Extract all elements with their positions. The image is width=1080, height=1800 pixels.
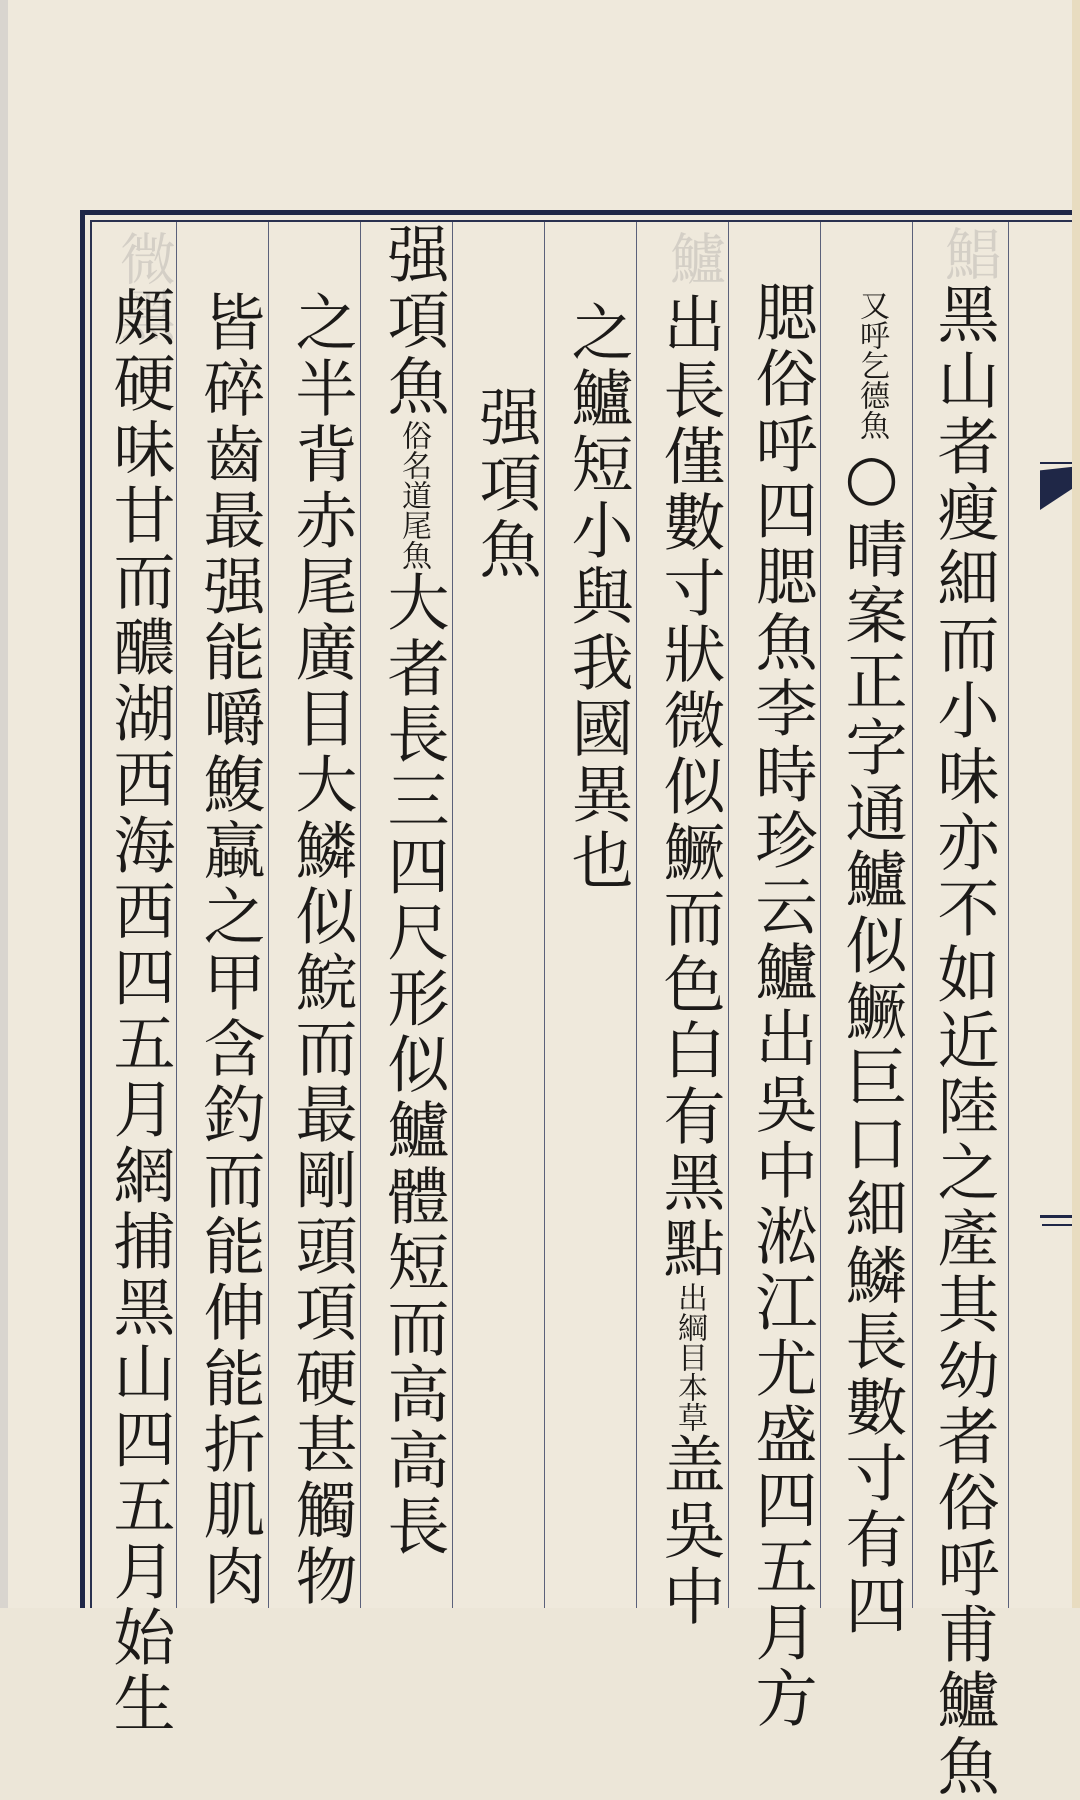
section-heading: 强項魚 xyxy=(469,385,542,583)
column-text-lead: 强項魚 xyxy=(377,222,450,420)
column-text: 腮俗呼四腮魚李時珍云鱸出吳中淞江尤盛四五月方 xyxy=(745,280,818,1608)
text-column-2: 又呼乞德魚○晴案正字通鱸似鱖巨口細鱗長數寸有四 xyxy=(826,290,916,1608)
interlinear-note: 又呼乞德魚 xyxy=(854,290,888,440)
bleed-through-text: 鱸 xyxy=(648,230,738,286)
column-text: 之半背赤尾廣目大鱗似鯇而最剛頭項硬甚觸物 xyxy=(285,290,358,1608)
interlinear-note: 俗名道尾魚 xyxy=(396,420,430,570)
column-text: ○晴案正字通鱸似鱖巨口細鱗長數寸有四 xyxy=(835,440,908,1608)
column-text: 之鱸短小與我國異也 xyxy=(561,300,634,894)
text-column-10: 皆碎齒最强能嚼鰒蠃之甲含釣而能伸能折肌肉 xyxy=(184,290,274,1608)
text-column-1: 黑山者瘦細而小味亦不如近陸之產其幼者俗呼甫鱸魚 xyxy=(918,282,1008,1608)
column-text-continued: 盖吳中 xyxy=(653,1432,726,1608)
bleed-through-text: 鯧 xyxy=(923,225,1013,281)
column-rule xyxy=(1008,222,1009,1608)
frame-inner-border-top xyxy=(92,220,1080,222)
interlinear-note: 出綱目本草 xyxy=(672,1282,706,1432)
column-text: 皆碎齒最强能嚼鰒蠃之甲含釣而能伸能折肌肉 xyxy=(193,290,266,1608)
column-text: 黑山者瘦細而小味亦不如近陸之產其幼者俗呼甫鱸魚 xyxy=(927,282,1000,1608)
text-column-5: 之鱸短小與我國異也 xyxy=(552,300,642,894)
column-text: 出長僅數寸狀微似鱖而色白有黑點 xyxy=(653,292,726,1282)
page-right-edge xyxy=(1072,0,1080,1608)
frame-inner-border-left xyxy=(90,220,92,1608)
text-column-3: 腮俗呼四腮魚李時珍云鱸出吳中淞江尤盛四五月方 xyxy=(736,280,826,1608)
text-column-9: 之半背赤尾廣目大鱗似鯇而最剛頭項硬甚觸物 xyxy=(276,290,366,1608)
text-column-4: 出長僅數寸狀微似鱖而色白有黑點出綱目本草盖吳中 xyxy=(644,292,734,1608)
page-left-edge xyxy=(0,0,8,1608)
text-column-11: 頗硬味甘而醲湖西海西四五月網捕黑山四五月始生 xyxy=(94,285,184,1608)
column-text: 頗硬味甘而醲湖西海西四五月網捕黑山四五月始生 xyxy=(103,285,176,1608)
frame-border-top xyxy=(80,210,1080,215)
section-heading-column: 强項魚 xyxy=(460,385,550,583)
column-text: 大者長三四尺形似鱸體短而高高長 xyxy=(377,570,450,1560)
text-column-8: 强項魚俗名道尾魚大者長三四尺形似鱸體短而高高長 xyxy=(368,222,458,1560)
manuscript-page: 微黑 鱸 鯧 黑山者瘦細而小味亦不如近陸之產其幼者俗呼甫鱸魚 又呼乞德魚○晴案正… xyxy=(8,0,1072,1608)
frame-border-left xyxy=(80,210,85,1608)
